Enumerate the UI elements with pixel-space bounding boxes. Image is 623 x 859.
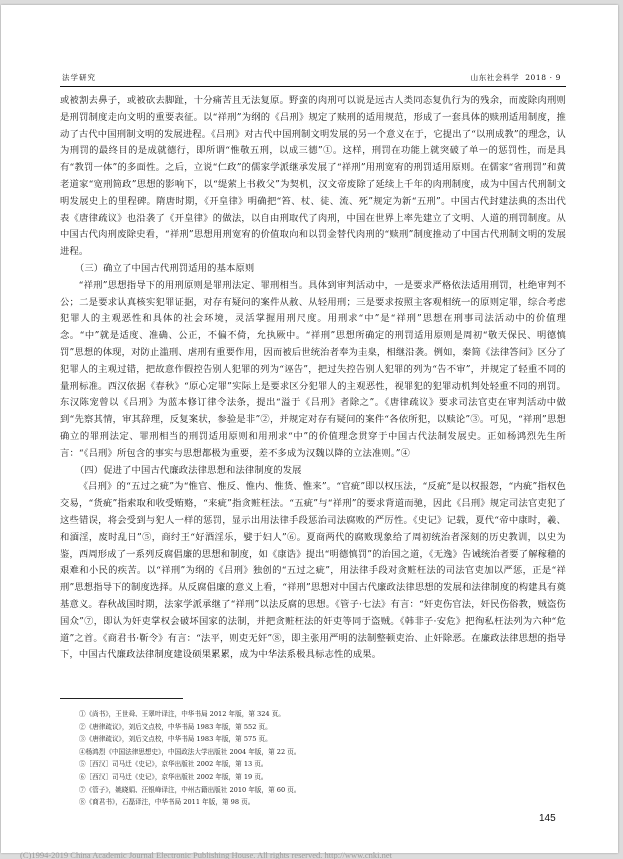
document-page: 法学研究 山东社会科学 2018 · 9 或被割去鼻子，或被砍去脚趾，十分痛苦且…: [1, 5, 618, 853]
paragraph: 《吕刑》的“五过之疵”为“惟官、惟反、惟内、惟货、惟来”。“官疵”即以权压法，“…: [60, 479, 566, 664]
body-text: 或被割去鼻子，或被砍去脚趾，十分痛苦且无法复原。野蛮的肉刑可以说是远古人类同态复…: [60, 93, 566, 664]
running-head: 法学研究 山东社会科学 2018 · 9: [60, 68, 566, 87]
footnote: ⑤［西汉］司马迁《史记》，京华出版社 2002 年版，第 13 页。: [79, 758, 499, 771]
footnote: ②《唐律疏议》，刘后文点校，中华书局 1983 年版，第 552 页。: [79, 721, 499, 734]
footnote: ⑥［西汉］司马迁《史记》，京华出版社 2002 年版，第 19 页。: [79, 771, 499, 784]
journal-issue: 山东社会科学 2018 · 9: [471, 72, 561, 83]
footnote-divider: [60, 698, 183, 699]
journal-name: 山东社会科学: [471, 73, 520, 82]
footnote: ③《唐律疏议》，刘后文点校，中华书局 1983 年版，第 575 页。: [79, 733, 499, 746]
section-heading: （四）促进了中国古代廉政法律思想和法律制度的发展: [60, 463, 566, 480]
paragraph: “祥刑”思想指导下的用刑原则是罪刑法定、罪刑相当。具体到审判活动中，一是要求严格…: [60, 278, 566, 463]
page-number: 145: [539, 813, 556, 824]
footnotes: ①《尚书》，王世舜、王翠叶译注，中华书局 2012 年版，第 324 页。 ②《…: [79, 708, 499, 809]
footnote: ⑦《管子》，姚晓娟、汪银峰译注，中州古籍出版社 2010 年版，第 60 页。: [79, 784, 499, 797]
footnote: ④杨鸿烈《中国法律思想史》，中国政法大学出版社 2004 年版，第 22 页。: [79, 746, 499, 759]
issue-number: 2018 · 9: [525, 73, 561, 82]
footnote: ⑧《商君书》，石磊译注，中华书局 2011 年版，第 98 页。: [79, 796, 499, 809]
footnote: ①《尚书》，王世舜、王翠叶译注，中华书局 2012 年版，第 324 页。: [79, 708, 499, 721]
section-label: 法学研究: [62, 72, 96, 83]
paragraph: 或被割去鼻子，或被砍去脚趾，十分痛苦且无法复原。野蛮的肉刑可以说是远古人类同态复…: [60, 93, 566, 261]
section-heading: （三）确立了中国古代刑罚适用的基本原则: [60, 261, 566, 278]
copyright-watermark: (C)1994-2019 China Academic Journal Elec…: [20, 850, 392, 859]
